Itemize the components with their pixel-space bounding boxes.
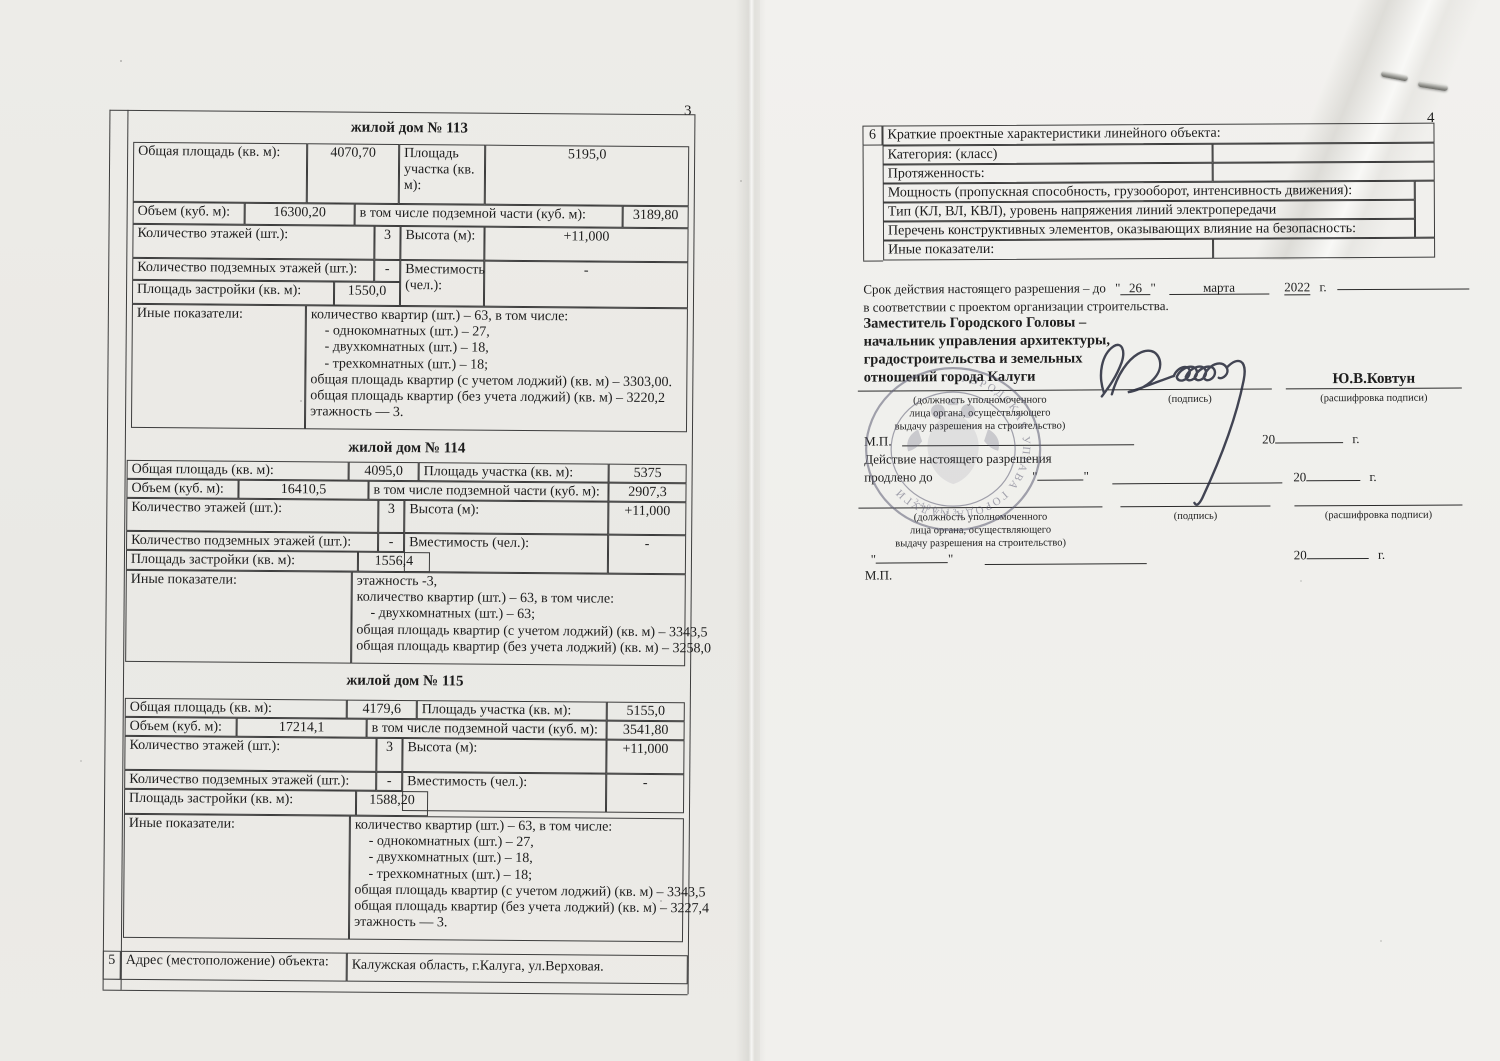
item6-number: 6 — [862, 126, 882, 146]
h115-total-area-value: 4179,6 — [347, 700, 417, 720]
h115-floors-value: 3 — [376, 738, 402, 772]
validity-year-suffix: г. — [1319, 279, 1326, 294]
h113-underground-value: 3189,80 — [623, 206, 689, 229]
year-suffix: г. — [1369, 469, 1376, 484]
h114-underground-value: 2907,3 — [608, 483, 686, 503]
item6-row-category: Категория: (класс) — [883, 144, 1213, 165]
right-blank-line — [1337, 288, 1469, 290]
scanned-permit-spread: { "page3": { "page_number": "3", "labels… — [0, 0, 1500, 1061]
h115-capacity-value: - — [606, 774, 684, 814]
staple-left-leg — [1381, 70, 1409, 81]
h114-capacity-label: Вместимость (чел.): — [404, 533, 608, 574]
h113-floors-label: Количество этажей (шт.): — [132, 224, 374, 260]
double-headed-eagle-emblem — [907, 399, 999, 484]
h114-total-area-value: 4095,0 — [349, 462, 419, 482]
item6-narrow-value-cell — [1415, 181, 1435, 238]
official-title-line1: Заместитель Городского Головы – — [863, 313, 1086, 333]
h115-plot-area-label: Площадь участка (кв. м): — [417, 700, 607, 720]
h114-footprint-label: Площадь застройки (кв. м): — [126, 550, 358, 572]
h114-capacity-value: - — [608, 535, 686, 575]
h114-other-label: Иные показатели: — [125, 570, 352, 664]
h113-footprint-value: 1550,0 — [334, 281, 400, 306]
h114-plot-area-value: 5375 — [609, 464, 687, 484]
h113-other-line: этажность — 3. — [310, 405, 682, 424]
close-quote: " — [1084, 468, 1089, 483]
validity-prefix: Срок действия настоящего разрешения – до — [863, 280, 1106, 296]
validity-day: 26 — [1120, 280, 1150, 295]
h115-capacity-label: Вместимость (чел.): — [402, 772, 606, 813]
close-quote: " — [1150, 280, 1155, 295]
h113-basement-label: Количество подземных этажей (шт.): — [132, 258, 374, 282]
name-caption: (расшифровка подписи) — [1286, 391, 1462, 405]
year-prefix: 20 — [1293, 469, 1306, 484]
handwritten-signature — [1090, 329, 1281, 525]
h115-footprint-label: Площадь застройки (кв. м): — [124, 789, 356, 816]
h113-volume-value: 16300,20 — [245, 203, 355, 226]
h114-other-value: этажность -3, количество квартир (шт.) –… — [351, 572, 686, 667]
h115-footprint-value: 1588,20 — [356, 791, 428, 817]
item6-row-length-value — [1213, 162, 1435, 182]
h113-height-value: +11,000 — [484, 227, 688, 263]
h113-total-area-label: Общая площадь (кв. м): — [133, 142, 307, 203]
h115-plot-area-value: 5155,0 — [607, 702, 685, 722]
item6-bottom-border — [863, 261, 883, 262]
h115-underground-value: 3541,80 — [607, 721, 685, 741]
official-title-line2: начальник управления архитектуры, — [864, 331, 1111, 351]
house115-title: жилой дом № 115 — [123, 671, 687, 692]
h113-other-label: Иные показатели: — [131, 304, 306, 429]
year-suffix: г. — [1352, 431, 1359, 446]
h114-floors-label: Количество этажей (шт.): — [126, 498, 378, 533]
h113-underground-label: в том числе подземной части (куб. м): — [355, 204, 623, 228]
h114-basement-label: Количество подземных этажей (шт.): — [126, 531, 378, 552]
h113-floors-value: 3 — [374, 226, 400, 260]
year-suffix: г. — [1378, 547, 1385, 562]
bottom-month-line — [985, 563, 1147, 565]
year-blank-3: 20 г. — [1294, 544, 1385, 564]
h113-footprint-label: Площадь застройки (кв. м): — [132, 280, 334, 306]
h115-height-label: Высота (м): — [402, 738, 606, 774]
h114-underground-label: в том числе подземной части (куб. м): — [368, 481, 608, 502]
h114-height-value: +11,000 — [608, 502, 686, 536]
name-caption-2: (расшифровка подписи) — [1294, 508, 1462, 522]
h113-basement-value: - — [374, 260, 400, 282]
p3-frame-right — [688, 114, 696, 994]
h114-other-line: общая площадь квартир (без учета лоджий)… — [356, 639, 680, 658]
bottom-day-blank — [876, 548, 948, 563]
p3-frame-top — [109, 110, 694, 116]
paper-specks — [120, 60, 122, 62]
close-quote: " — [948, 551, 953, 566]
validity-year: 2022 — [1284, 279, 1310, 295]
year-blank-line — [1306, 466, 1360, 481]
h115-volume-label: Объем (куб. м): — [125, 717, 237, 737]
h114-volume-label: Объем (куб. м): — [126, 479, 238, 499]
h115-volume-value: 17214,1 — [237, 718, 367, 738]
h114-height-label: Высота (м): — [404, 500, 608, 535]
round-seal: ГОРОДСКАЯ УПРАВА ГОРОДА КАЛУГИ 2400113 — [858, 359, 1049, 540]
year-blank-line — [1307, 544, 1369, 559]
h113-height-label: Высота (м): — [400, 226, 484, 261]
house114-title: жилой дом № 114 — [125, 438, 689, 459]
address-value: Калужская область, г.Калуга, ул.Верховая… — [347, 953, 688, 985]
h114-plot-area-label: Площадь участка (кв. м): — [419, 462, 609, 482]
item6-row-length: Протяженность: — [883, 163, 1213, 184]
h115-other-value: количество квартир (шт.) – 63, в том чис… — [349, 816, 684, 943]
h115-height-value: +11,000 — [606, 740, 684, 775]
h115-basement-value: - — [376, 772, 402, 791]
house113-title: жилой дом № 113 — [127, 118, 691, 139]
h115-total-area-label: Общая площадь (кв. м): — [125, 698, 347, 719]
mp-label-2: М.П. — [865, 567, 893, 584]
h115-floors-label: Количество этажей (шт.): — [124, 736, 376, 772]
validity-line1: Срок действия настоящего разрешения – до… — [863, 279, 1333, 298]
center-fold-shadow — [736, 0, 766, 1061]
h113-plot-area-label: Площадь участка (кв. м): — [399, 144, 485, 205]
staple-right-leg — [1418, 81, 1449, 92]
h114-total-area-label: Общая площадь (кв. м): — [127, 460, 349, 481]
h115-basement-label: Количество подземных этажей (шт.): — [124, 770, 376, 791]
h113-other-value: количество квартир (шт.) – 63, в том чис… — [305, 305, 688, 432]
item5-number: 5 — [103, 951, 121, 980]
bottom-date-quotes: "" — [871, 548, 954, 568]
h115-underground-label: в том числе подземной части (куб. м): — [367, 719, 607, 740]
name-line-2 — [1294, 504, 1462, 506]
h114-volume-value: 16410,5 — [238, 480, 368, 500]
p3-frame-bottom — [103, 990, 688, 996]
h114-floors-value: 3 — [378, 500, 404, 533]
page3: жилой дом № 113 Общая площадь (кв. м): 4… — [96, 102, 703, 1007]
h113-capacity-label: Вместимость (чел.): — [400, 260, 484, 307]
h113-total-area-value: 4070,70 — [307, 143, 399, 204]
item6-row-other: Иные показатели: — [883, 239, 1213, 261]
h115-other-line: этажность — 3. — [354, 915, 678, 934]
address-label: Адрес (местоположение) объекта: — [121, 951, 347, 982]
item6-row-category-value — [1213, 143, 1435, 163]
page4: 6 Краткие проектные характеристики линей… — [848, 100, 1499, 743]
item6-left-border — [863, 146, 865, 261]
item6-row-other-value — [1213, 238, 1435, 259]
year-prefix: 20 — [1294, 547, 1307, 562]
h114-footprint-value: 1556,4 — [358, 552, 430, 573]
h114-basement-value: - — [378, 533, 404, 552]
h113-volume-label: Объем (куб. м): — [133, 202, 245, 225]
validity-month: марта — [1169, 280, 1269, 296]
h113-capacity-value: - — [484, 261, 688, 309]
year-blank-2: 20 г. — [1293, 466, 1376, 486]
year-blank-line — [1275, 428, 1343, 443]
p3-frame-left — [103, 110, 111, 990]
h113-plot-area-value: 5195,0 — [485, 145, 689, 207]
h115-other-label: Иные показатели: — [123, 814, 350, 940]
